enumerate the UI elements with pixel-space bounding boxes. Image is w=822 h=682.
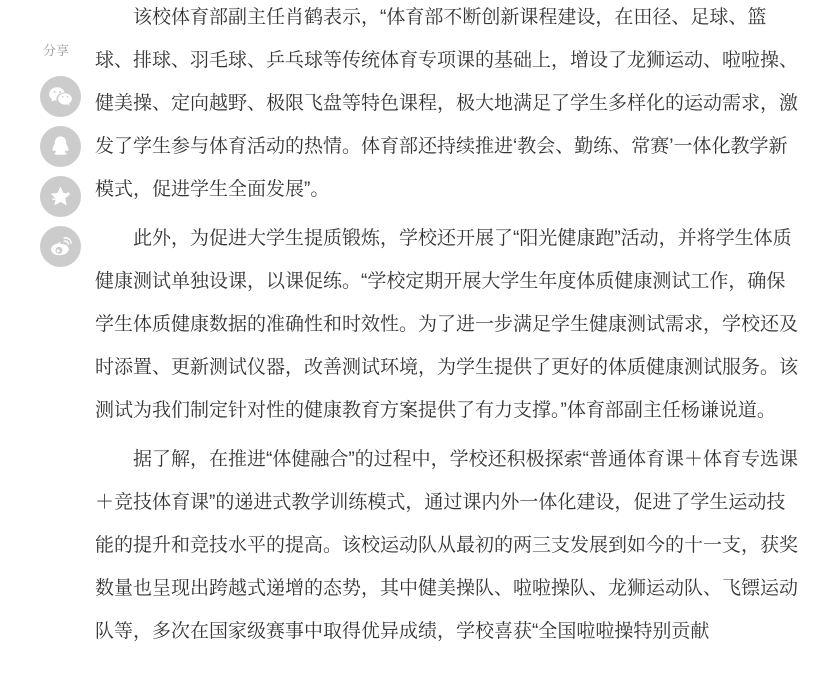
share-qq-button[interactable]: [40, 126, 81, 167]
weibo-icon: [47, 233, 74, 260]
share-label: 分享: [43, 40, 86, 59]
share-weibo-button[interactable]: [40, 226, 81, 267]
article-paragraph: 该校体育部副主任肖鹤表示，“体育部不断创新课程建设，在田径、足球、篮球、排球、羽…: [95, 0, 799, 211]
share-wechat-button[interactable]: [40, 76, 81, 117]
article-paragraph: 此外，为促进大学生提质锻炼，学校还开展了“阳光健康跑”活动，并将学生体质健康测试…: [95, 217, 799, 432]
share-qzone-button[interactable]: [40, 176, 81, 217]
wechat-icon: [47, 83, 74, 110]
article-paragraph: 据了解，在推进“体健融合”的过程中，学校还积极探索“普通体育课＋体育专选课＋竞技…: [95, 438, 799, 653]
article-body: 该校体育部副主任肖鹤表示，“体育部不断创新课程建设，在田径、足球、篮球、排球、羽…: [95, 0, 799, 659]
qq-icon: [47, 133, 74, 160]
qzone-star-icon: [47, 183, 74, 210]
share-widget: 分享: [40, 40, 86, 276]
